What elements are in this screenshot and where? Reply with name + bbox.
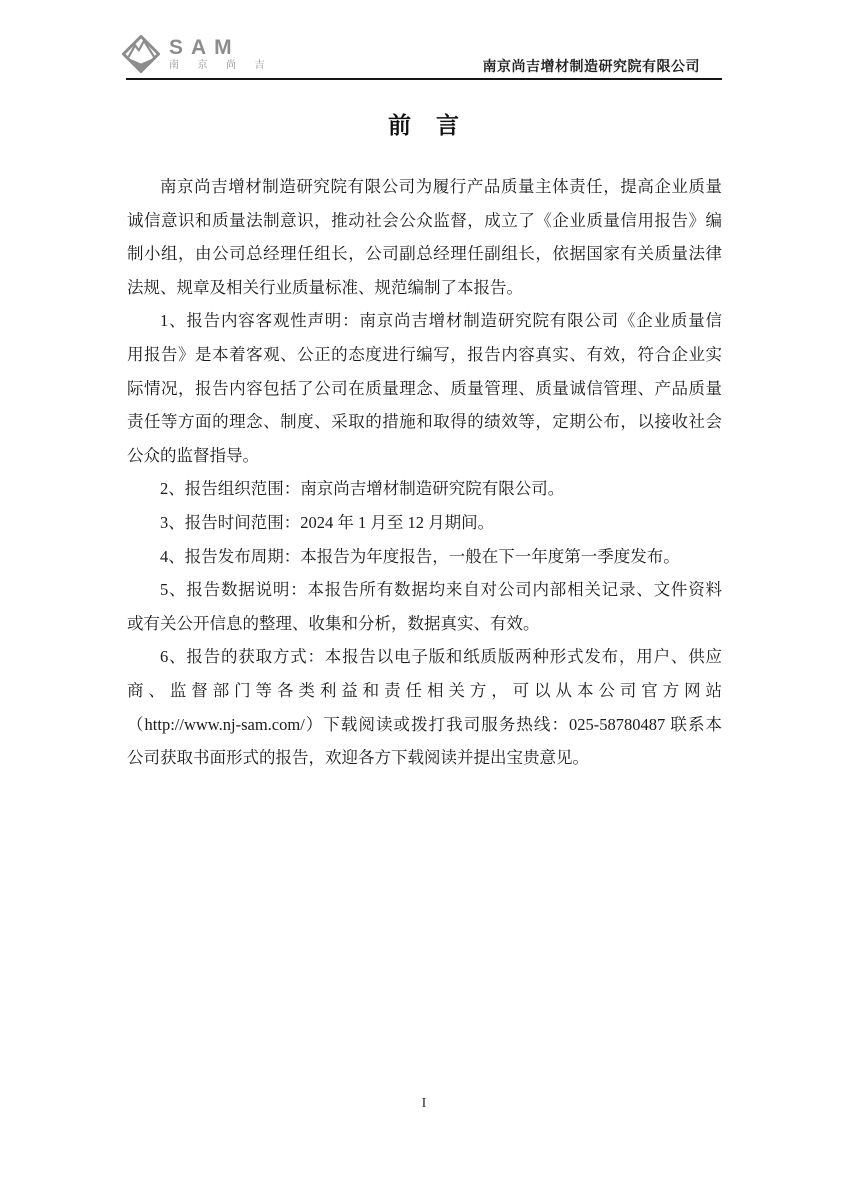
body-line: 南京尚吉增材制造研究院有限公司为履行产品质量主体责任，提高企业质量 [127, 170, 722, 204]
body-line: 公司获取书面形式的报告，欢迎各方下载阅读并提出宝贵意见。 [127, 741, 722, 775]
body-line: 1、报告内容客观性声明：南京尚吉增材制造研究院有限公司《企业质量信 [127, 304, 722, 338]
body-text: 南京尚吉增材制造研究院有限公司为履行产品质量主体责任，提高企业质量 诚信意识和质… [127, 170, 722, 775]
body-line: 6、报告的获取方式：本报告以电子版和纸质版两种形式发布，用户、供应 [127, 640, 722, 674]
header-company-name: 南京尚吉增材制造研究院有限公司 [483, 56, 701, 76]
body-line: 责任等方面的理念、制度、采取的措施和取得的绩效等，定期公布，以接收社会 [127, 405, 722, 439]
body-line: 2、报告组织范围：南京尚吉增材制造研究院有限公司。 [127, 472, 722, 506]
document-page: SAM 南 京 尚 吉 南京尚吉增材制造研究院有限公司 前 言 南京尚吉增材制造… [0, 0, 848, 1200]
body-line: 5、报告数据说明：本报告所有数据均来自对公司内部相关记录、文件资料 [127, 573, 722, 607]
body-line: 4、报告发布周期：本报告为年度报告，一般在下一年度第一季度发布。 [127, 540, 722, 574]
body-line: 商、监督部门等各类利益和责任相关方，可以从本公司官方网站 [127, 674, 722, 708]
header-divider [126, 78, 722, 80]
body-line: 制小组，由公司总经理任组长，公司副总经理任副组长，依据国家有关质量法律 [127, 237, 722, 271]
logo-text-block: SAM 南 京 尚 吉 [169, 38, 273, 71]
page-number: I [0, 1096, 848, 1112]
body-line: 法规、规章及相关行业质量标准、规范编制了本报告。 [127, 271, 722, 305]
logo-wordmark: SAM [169, 38, 273, 57]
mountain-diamond-icon [122, 35, 160, 73]
body-line: （http://www.nj-sam.com/）下载阅读或拨打我司服务热线：02… [127, 708, 722, 742]
body-line: 3、报告时间范围：2024 年 1 月至 12 月期间。 [127, 506, 722, 540]
body-line: 或有关公开信息的整理、收集和分析，数据真实、有效。 [127, 607, 722, 641]
body-line: 公众的监督指导。 [127, 439, 722, 473]
body-line: 诚信意识和质量法制意识，推动社会公众监督，成立了《企业质量信用报告》编 [127, 204, 722, 238]
logo-chinese-name: 南 京 尚 吉 [169, 60, 273, 71]
body-line: 际情况，报告内容包括了公司在质量理念、质量管理、质量诚信管理、产品质量 [127, 372, 722, 406]
body-line: 用报告》是本着客观、公正的态度进行编写，报告内容真实、有效，符合企业实 [127, 338, 722, 372]
page-title: 前 言 [126, 107, 722, 140]
company-logo: SAM 南 京 尚 吉 [122, 35, 273, 73]
